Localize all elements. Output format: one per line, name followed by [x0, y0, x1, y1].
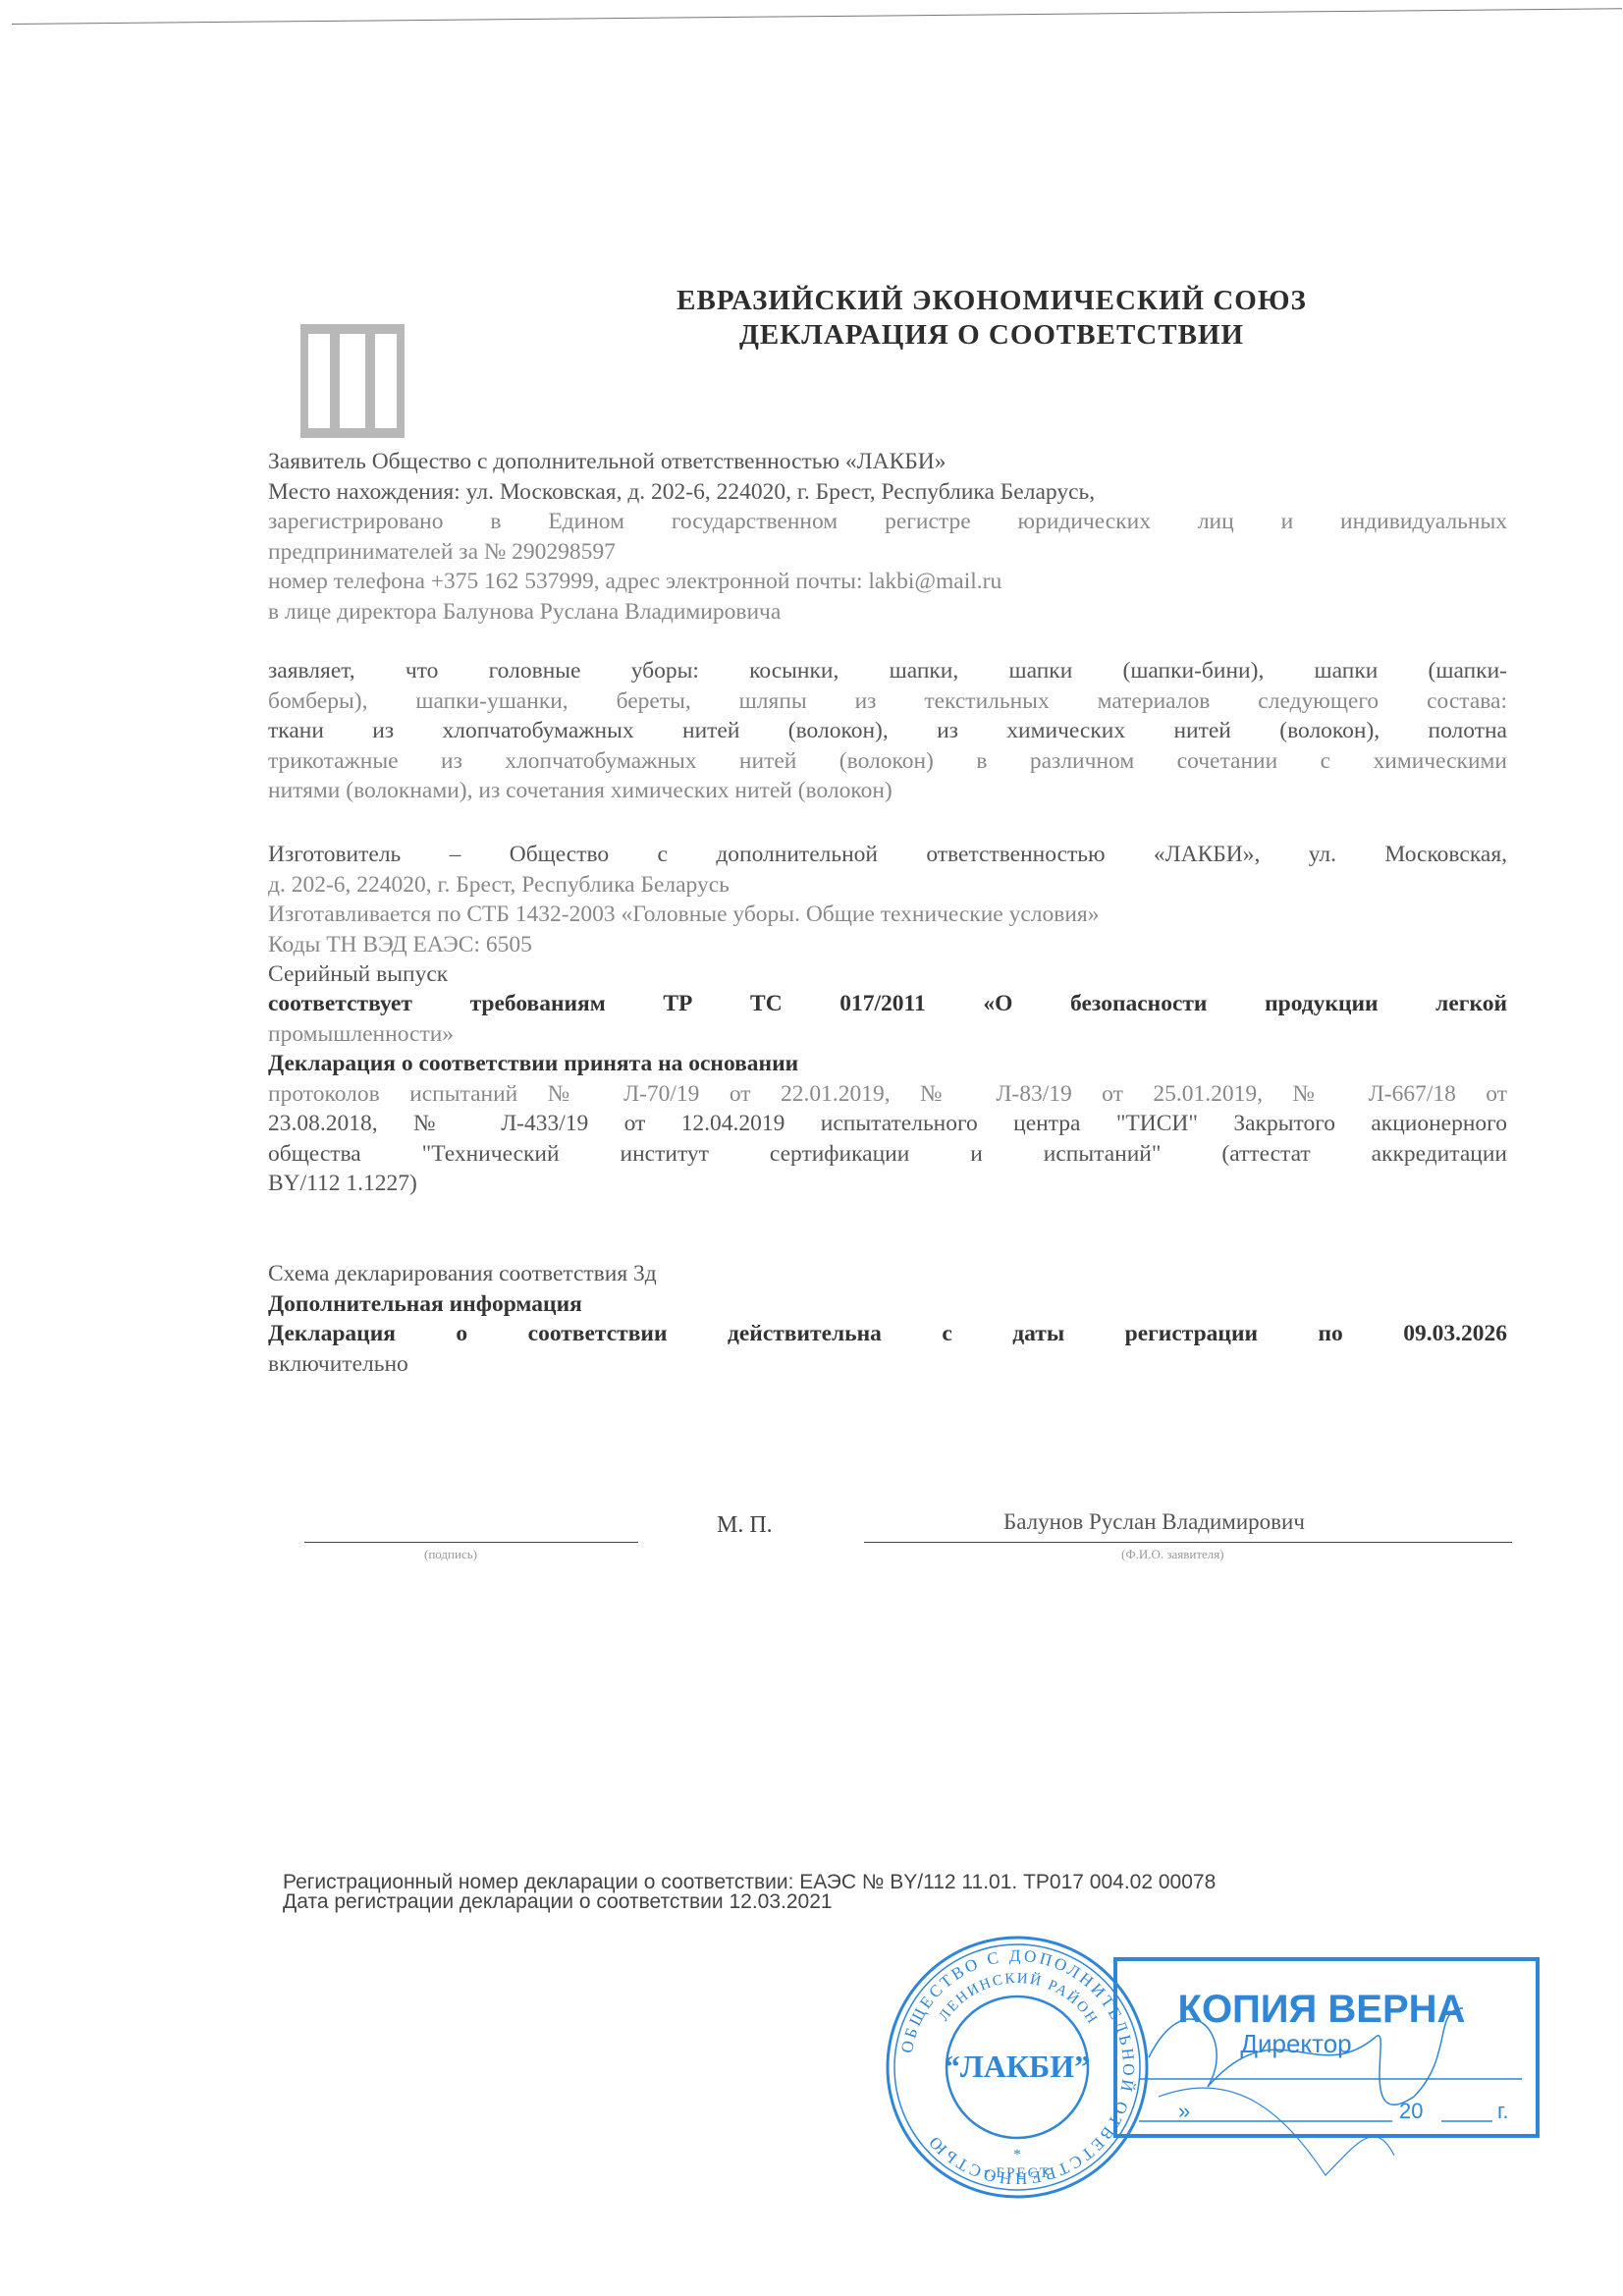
applicant-block: Заявитель Общество с дополнительной отве… [268, 447, 1507, 627]
release-type: Серийный выпуск [268, 959, 1507, 990]
seal-company-name: “ЛАКБИ” [945, 2049, 1090, 2084]
applicant-registry: зарегистрировано в Едином государственно… [268, 507, 1507, 537]
svg-text:г.БРЕСТ: г.БРЕСТ [984, 2165, 1051, 2181]
seal-place-label: М. П. [717, 1512, 773, 1539]
applicant-address: Место нахождения: ул. Московская, д. 202… [268, 477, 1507, 508]
eac-logo [300, 324, 405, 438]
svg-text:*: * [1013, 2147, 1021, 2163]
stamps: ОБЩЕСТВО С ДОПОЛНИТЕЛЬНОЙ ОТВЕТСТВЕННОСТ… [864, 1920, 1551, 2254]
union-title: ЕВРАЗИЙСКИЙ ЭКОНОМИЧЕСКИЙ СОЮЗ [589, 285, 1394, 317]
manufacturer-address: д. 202-6, 224020, г. Брест, Республика Б… [268, 870, 1507, 901]
compliance-line: промышленности» [268, 1019, 1507, 1050]
compliance-line: соответствует требованиям ТР ТС 017/2011… [268, 989, 1507, 1019]
scan-edge-line [12, 8, 1622, 25]
name-caption: (Ф.И.О. заявителя) [1121, 1547, 1224, 1562]
manufacturing-standard: Изготавливается по СТБ 1432-2003 «Головн… [268, 900, 1507, 930]
applicant-registry-number: предпринимателей за № 290298597 [268, 537, 1507, 568]
product-line: ткани из хлопчатобумажных нитей (волокон… [268, 716, 1507, 746]
signature-line [304, 1542, 638, 1543]
signatory-name: Балунов Руслан Владимирович [1003, 1509, 1305, 1535]
name-line [864, 1542, 1512, 1543]
svg-text:Директор: Директор [1240, 2029, 1351, 2058]
applicant-director: в лице директора Балунова Руслана Владим… [268, 597, 1507, 628]
svg-text:г.: г. [1497, 2099, 1508, 2123]
additional-info-heading: Дополнительная информация [268, 1289, 1507, 1320]
basis-line: общества "Технический институт сертифика… [268, 1139, 1507, 1170]
declaration-scheme: Схема декларирования соответствия 3д [268, 1259, 1507, 1289]
product-line: трикотажные из хлопчатобумажных нитей (в… [268, 746, 1507, 777]
tn-ved-codes: Коды ТН ВЭД ЕАЭС: 6505 [268, 930, 1507, 960]
basis-block: Декларация о соответствии принята на осн… [268, 1049, 1507, 1199]
document-title: ДЕКЛАРАЦИЯ О СООТВЕТСТВИИ [589, 319, 1394, 352]
applicant-name: Заявитель Общество с дополнительной отве… [268, 447, 1507, 477]
basis-line: протоколов испытаний № Л-70/19 от 22.01.… [268, 1079, 1507, 1110]
company-seal-and-copy-stamp: ОБЩЕСТВО С ДОПОЛНИТЕЛЬНОЙ ОТВЕТСТВЕННОСТ… [864, 1920, 1551, 2254]
compliance-block: соответствует требованиям ТР ТС 017/2011… [268, 989, 1507, 1049]
product-line: бомберы), шапки-ушанки, береты, шляпы из… [268, 686, 1507, 717]
svg-text:»: » [1178, 2099, 1190, 2123]
applicant-contacts: номер телефона +375 162 537999, адрес эл… [268, 567, 1507, 597]
basis-line: 23.08.2018, № Л-433/19 от 12.04.2019 исп… [268, 1109, 1507, 1139]
scheme-block: Схема декларирования соответствия 3д Доп… [268, 1259, 1507, 1379]
validity-line: Декларация о соответствии действительна … [268, 1319, 1507, 1349]
product-line: нитями (волокнами), из сочетания химичес… [268, 776, 1507, 806]
copy-true-title: КОПИЯ ВЕРНА [1178, 1988, 1466, 2031]
signature-caption: (подпись) [424, 1547, 477, 1562]
basis-line: BY/112 1.1227) [268, 1169, 1507, 1199]
product-line: заявляет, что головные уборы: косынки, ш… [268, 656, 1507, 686]
product-block: заявляет, что головные уборы: косынки, ш… [268, 656, 1507, 806]
manufacturer-line: Изготовитель – Общество с дополнительной… [268, 840, 1507, 870]
manufacturer-block: Изготовитель – Общество с дополнительной… [268, 840, 1507, 990]
validity-line: включительно [268, 1349, 1507, 1380]
basis-heading: Декларация о соответствии принята на осн… [268, 1049, 1507, 1079]
registration-date: Дата регистрации декларации о соответств… [283, 1890, 833, 1914]
svg-text:20: 20 [1399, 2099, 1423, 2123]
